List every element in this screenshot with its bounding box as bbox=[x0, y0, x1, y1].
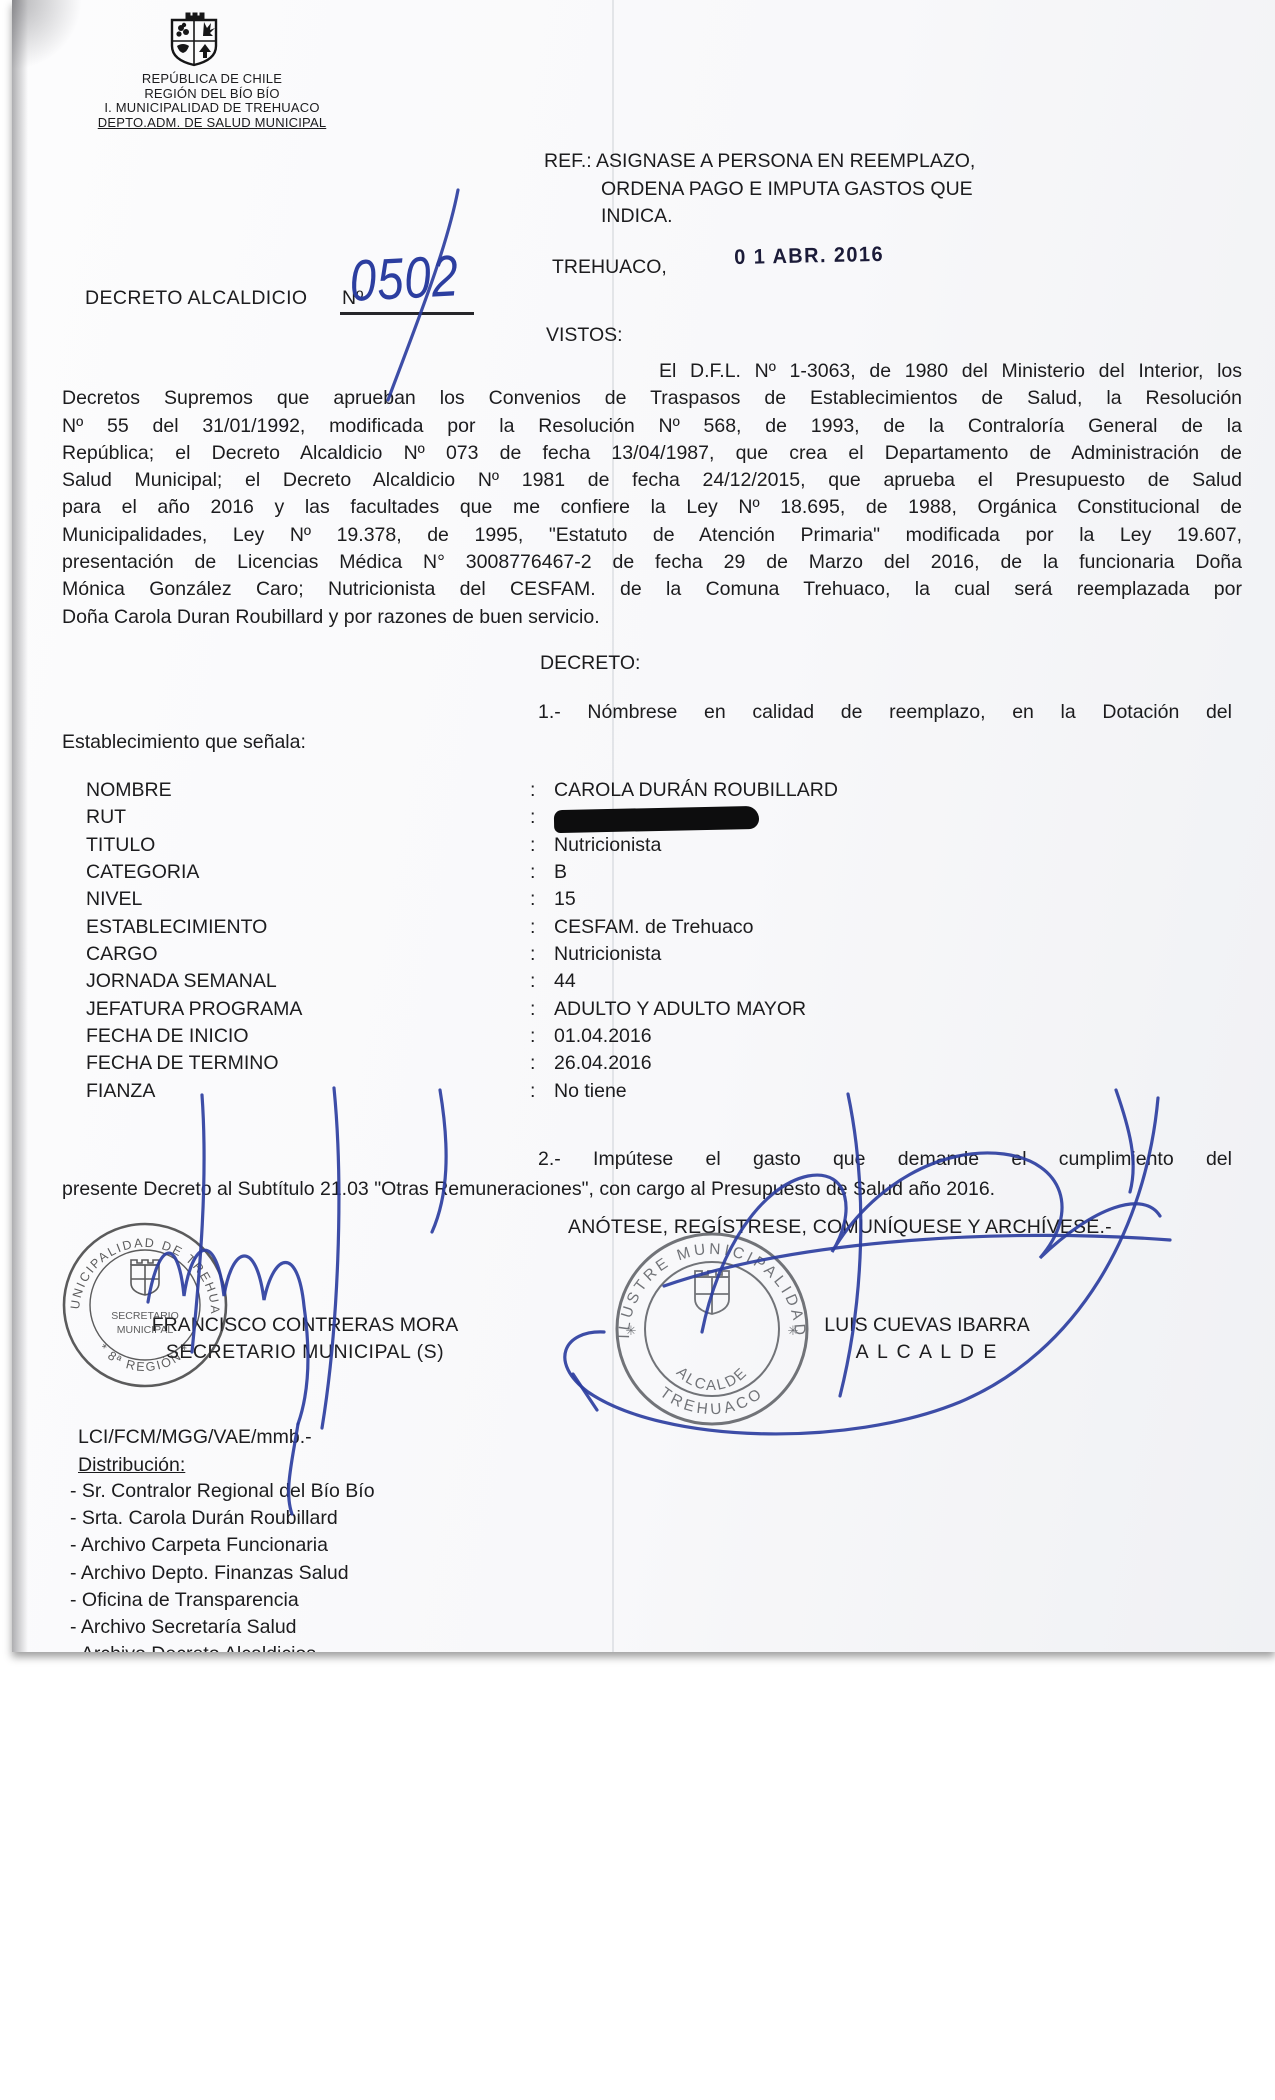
reference-block: REF.: ASIGNASE A PERSONA EN REEMPLAZO, O… bbox=[544, 148, 1044, 231]
item2-line2: presente Decreto al Subtítulo 21.03 "Otr… bbox=[62, 1176, 1242, 1203]
decreto-section-label: DECRETO: bbox=[540, 650, 640, 677]
letterhead-line-department: DEPTO.ADM. DE SALUD MUNICIPAL bbox=[62, 116, 362, 131]
distribution-item: - Archivo Decreto Alcaldicios bbox=[70, 1643, 375, 1652]
field-value: Nutricionista bbox=[554, 834, 1236, 861]
field-colon: : bbox=[530, 943, 554, 970]
field-label: NOMBRE bbox=[86, 779, 530, 806]
secretary-signature-stroke bbox=[322, 1088, 339, 1428]
field-colon: : bbox=[530, 888, 554, 915]
reference-label: REF.: bbox=[544, 150, 592, 172]
vistos-line: Salud Municipal; el Decreto Alcaldicio N… bbox=[62, 469, 1242, 496]
field-value: CAROLA DURÁN ROUBILLARD bbox=[554, 779, 1236, 806]
svg-text:TREHUACO: TREHUACO bbox=[657, 1384, 768, 1418]
vistos-line: El D.F.L. Nº 1-3063, de 1980 del Ministe… bbox=[659, 360, 1242, 387]
reference-line-2: ORDENA PAGO E IMPUTA GASTOS QUE bbox=[601, 176, 1044, 204]
field-value bbox=[554, 806, 1236, 833]
vistos-line: República; el Decreto Alcaldicio Nº 073 … bbox=[62, 442, 1242, 469]
field-value: Nutricionista bbox=[554, 943, 1236, 970]
field-label: NIVEL bbox=[86, 888, 530, 915]
field-colon: : bbox=[530, 970, 554, 997]
rut-redaction-bar bbox=[554, 806, 759, 833]
decree-title-label: DECRETO ALCALDICIO bbox=[85, 285, 307, 312]
svg-text:I. MUNICIPALIDAD DE TREHUACO: I. MUNICIPALIDAD DE TREHUACO bbox=[68, 1236, 222, 1316]
scanned-document-page: REPÚBLICA DE CHILE REGIÓN DEL BÍO BÍO I.… bbox=[12, 0, 1275, 1652]
field-label: JORNADA SEMANAL bbox=[86, 970, 530, 997]
place-label: TREHUACO, bbox=[552, 254, 667, 281]
field-label: ESTABLECIMIENTO bbox=[86, 916, 530, 943]
letterhead-line-municipality: I. MUNICIPALIDAD DE TREHUACO bbox=[62, 101, 362, 116]
field-value: 01.04.2016 bbox=[554, 1025, 1236, 1052]
letterhead-line-republic: REPÚBLICA DE CHILE bbox=[62, 72, 362, 87]
secretary-title: SECRETARIO MUNICIPAL (S) bbox=[105, 1339, 505, 1366]
field-row: NIVEL:15 bbox=[86, 888, 1236, 915]
footer-initials: LCI/FCM/MGG/VAE/mmb.- bbox=[78, 1424, 312, 1451]
item1-line2: Establecimiento que señala: bbox=[62, 729, 306, 756]
secretary-signature-block: FRANCISCO CONTRERAS MORA SECRETARIO MUNI… bbox=[105, 1312, 505, 1366]
field-row: FIANZA:No tiene bbox=[86, 1080, 1236, 1107]
vistos-line: para el año 2016 y las facultades que me… bbox=[62, 496, 1242, 523]
date-stamp: 0 1 ABR. 2016 bbox=[734, 243, 884, 270]
secretary-signature-stroke bbox=[432, 1090, 446, 1232]
handwritten-decree-number: 0502 bbox=[348, 242, 460, 315]
distribution-item: - Archivo Depto. Finanzas Salud bbox=[70, 1562, 375, 1589]
closing-formula: ANÓTESE, REGÍSTRESE, COMUNÍQUESE Y ARCHÍ… bbox=[568, 1214, 1112, 1241]
vistos-label: VISTOS: bbox=[546, 322, 623, 349]
field-value: 44 bbox=[554, 970, 1236, 997]
mayor-signature-stroke bbox=[664, 1235, 1170, 1286]
field-row: JORNADA SEMANAL:44 bbox=[86, 970, 1236, 997]
field-value: No tiene bbox=[554, 1080, 1236, 1107]
field-row: JEFATURA PROGRAMA:ADULTO Y ADULTO MAYOR bbox=[86, 998, 1236, 1025]
mayor-signature-block: LUIS CUEVAS IBARRA A L C A L D E bbox=[727, 1312, 1127, 1366]
field-colon: : bbox=[530, 998, 554, 1025]
distribution-item: - Oficina de Transparencia bbox=[70, 1589, 375, 1616]
svg-text:ALCALDE: ALCALDE bbox=[673, 1364, 751, 1394]
field-label: TITULO bbox=[86, 834, 530, 861]
distribution-item: - Sr. Contralor Regional del Bío Bío bbox=[70, 1480, 375, 1507]
field-label: FECHA DE INICIO bbox=[86, 1025, 530, 1052]
field-value: 26.04.2016 bbox=[554, 1052, 1236, 1079]
mayor-title: A L C A L D E bbox=[727, 1339, 1127, 1366]
field-value: B bbox=[554, 861, 1236, 888]
distribution-item: - Srta. Carola Durán Roubillard bbox=[70, 1507, 375, 1534]
letterhead-line-region: REGIÓN DEL BÍO BÍO bbox=[62, 87, 362, 102]
field-row: ESTABLECIMIENTO:CESFAM. de Trehuaco bbox=[86, 916, 1236, 943]
reference-line-3: INDICA. bbox=[601, 203, 1044, 231]
mayor-stamp-ring-bottom: TREHUACO bbox=[657, 1384, 768, 1418]
field-label: FIANZA bbox=[86, 1080, 530, 1107]
vistos-line: Decretos Supremos que aprueban los Conve… bbox=[62, 387, 1242, 414]
distribution-label: Distribución: bbox=[78, 1452, 185, 1479]
field-colon: : bbox=[530, 834, 554, 861]
field-row: RUT: bbox=[86, 806, 1236, 833]
field-label: CARGO bbox=[86, 943, 530, 970]
item1-line1: 1.- Nómbrese en calidad de reemplazo, en… bbox=[538, 701, 1232, 724]
field-label: JEFATURA PROGRAMA bbox=[86, 998, 530, 1025]
field-value: 15 bbox=[554, 888, 1236, 915]
scan-corner-shadow bbox=[12, 0, 82, 70]
coat-of-arms-icon bbox=[164, 10, 224, 70]
secretary-signature-stroke bbox=[573, 1374, 597, 1410]
field-colon: : bbox=[530, 806, 554, 833]
vistos-line: Mónica González Caro; Nutricionista del … bbox=[62, 578, 1242, 605]
distribution-item: - Archivo Secretaría Salud bbox=[70, 1616, 375, 1643]
field-row: CARGO:Nutricionista bbox=[86, 943, 1236, 970]
appointment-fields-table: NOMBRE:CAROLA DURÁN ROUBILLARD RUT: TITU… bbox=[86, 779, 1236, 1107]
field-colon: : bbox=[530, 1025, 554, 1052]
vistos-line: Municipalidades, Ley Nº 19.378, de 1995,… bbox=[62, 524, 1242, 551]
secretary-name: FRANCISCO CONTRERAS MORA bbox=[105, 1312, 505, 1339]
item2-line1: 2.- Impútese el gasto que demande el cum… bbox=[538, 1148, 1232, 1171]
vistos-paragraph: El D.F.L. Nº 1-3063, de 1980 del Ministe… bbox=[62, 360, 1242, 633]
field-label: FECHA DE TERMINO bbox=[86, 1052, 530, 1079]
field-colon: : bbox=[530, 861, 554, 888]
field-row: FECHA DE TERMINO:26.04.2016 bbox=[86, 1052, 1236, 1079]
field-row: CATEGORIA:B bbox=[86, 861, 1236, 888]
mayor-stamp-star-left: ✳ bbox=[626, 1323, 637, 1338]
vistos-line: presentación de Licencias Médica N° 3008… bbox=[62, 551, 1242, 578]
field-colon: : bbox=[530, 1052, 554, 1079]
field-colon: : bbox=[530, 916, 554, 943]
field-row: NOMBRE:CAROLA DURÁN ROUBILLARD bbox=[86, 779, 1236, 806]
distribution-item: - Archivo Carpeta Funcionaria bbox=[70, 1534, 375, 1561]
field-colon: : bbox=[530, 779, 554, 806]
letterhead: REPÚBLICA DE CHILE REGIÓN DEL BÍO BÍO I.… bbox=[62, 72, 362, 130]
secretary-stamp-ring-top: I. MUNICIPALIDAD DE TREHUACO bbox=[68, 1236, 222, 1316]
field-colon: : bbox=[530, 1080, 554, 1107]
vistos-line: Doña Carola Duran Roubillard y por razon… bbox=[62, 606, 1242, 633]
field-row: FECHA DE INICIO:01.04.2016 bbox=[86, 1025, 1236, 1052]
field-value: ADULTO Y ADULTO MAYOR bbox=[554, 998, 1236, 1025]
mayor-name: LUIS CUEVAS IBARRA bbox=[727, 1312, 1127, 1339]
field-row: TITULO:Nutricionista bbox=[86, 834, 1236, 861]
mayor-stamp-inner-text: ALCALDE bbox=[673, 1364, 751, 1394]
field-label: RUT bbox=[86, 806, 530, 833]
field-label: CATEGORIA bbox=[86, 861, 530, 888]
distribution-list: - Sr. Contralor Regional del Bío Bío - S… bbox=[70, 1480, 375, 1652]
vistos-line: Nº 55 del 31/01/1992, modificada por la … bbox=[62, 415, 1242, 442]
reference-line-1: REF.: ASIGNASE A PERSONA EN REEMPLAZO, bbox=[544, 148, 1044, 176]
field-value: CESFAM. de Trehuaco bbox=[554, 916, 1236, 943]
scan-edge-shadow bbox=[12, 0, 28, 1652]
